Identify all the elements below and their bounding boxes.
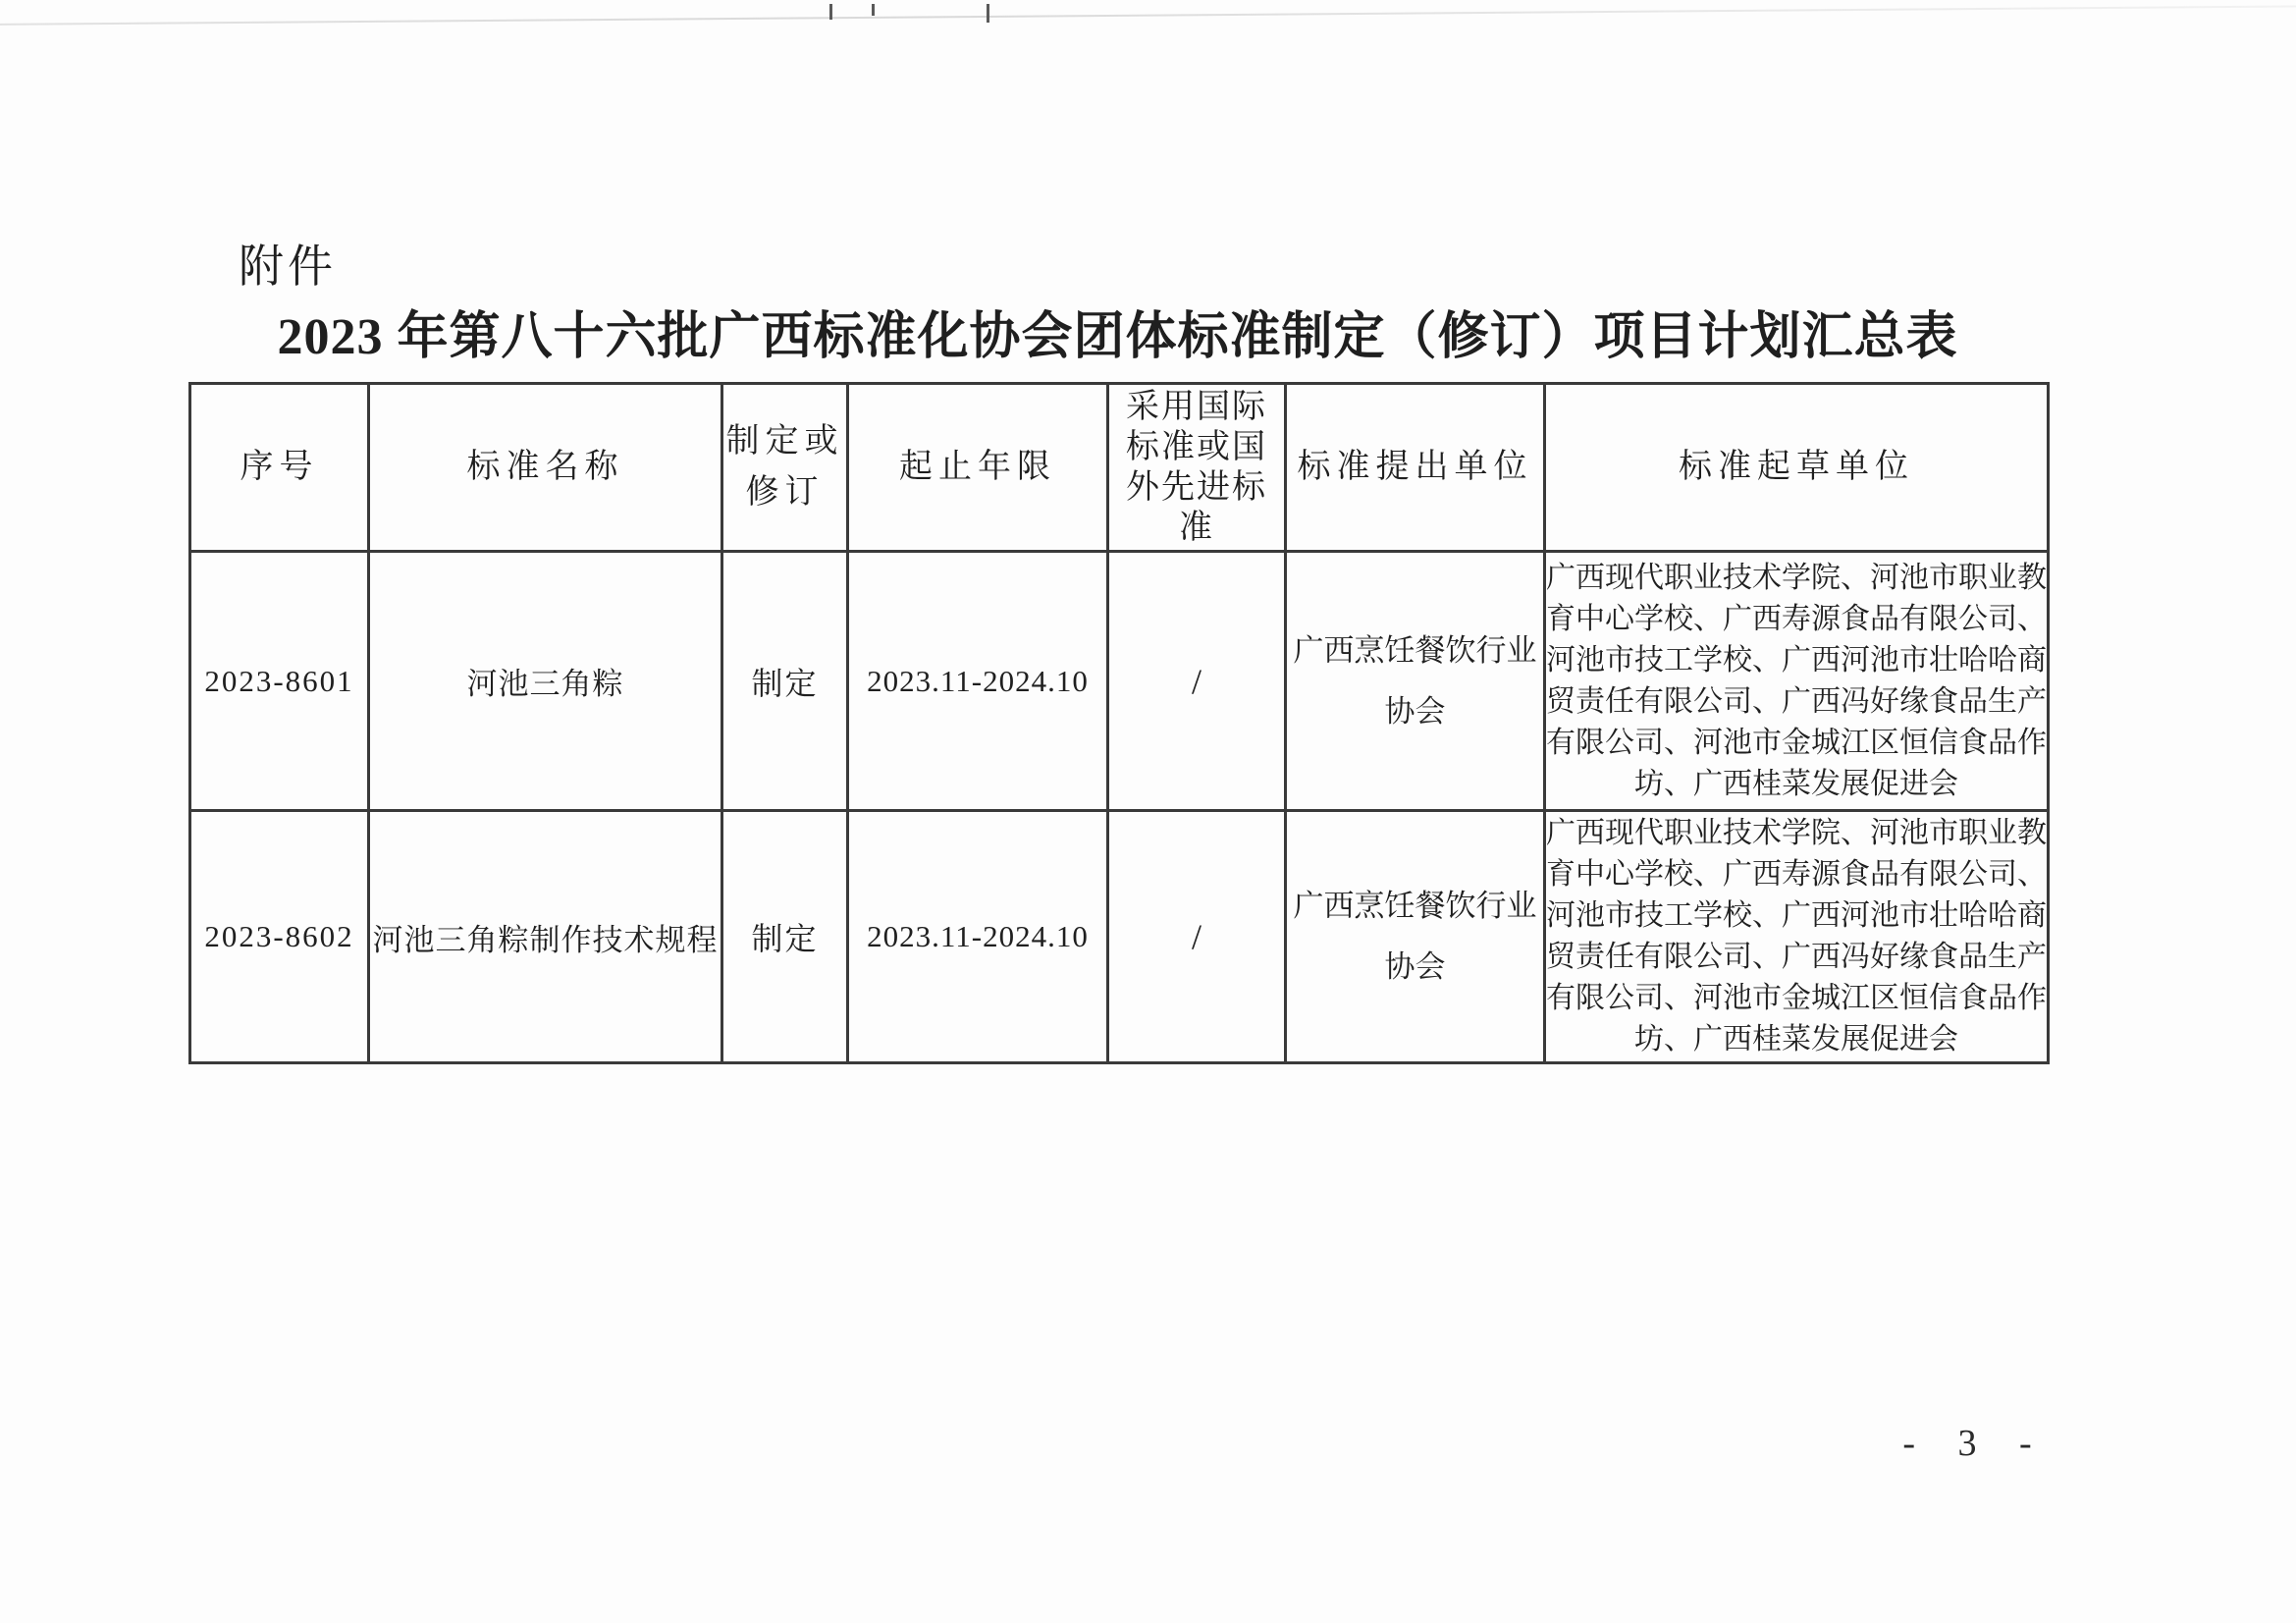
col-header-intl-standard: 采用国际标准或国外先进标准: [1108, 384, 1286, 552]
cell-drafters: 广西现代职业技术学院、河池市职业教育中心学校、广西寿源食品有限公司、河池市技工学…: [1545, 552, 2049, 811]
cell-period: 2023.11-2024.10: [848, 552, 1108, 811]
cell-standard-name: 河池三角粽制作技术规程: [369, 811, 722, 1063]
cell-standard-name: 河池三角粽: [369, 552, 722, 811]
cell-type: 制定: [722, 552, 848, 811]
table-row: 2023-8602 河池三角粽制作技术规程 制定 2023.11-2024.10…: [190, 811, 2049, 1063]
col-header-standard-name: 标准名称: [369, 384, 722, 552]
cell-period: 2023.11-2024.10: [848, 811, 1108, 1063]
page-title: 2023 年第八十六批广西标准化协会团体标准制定（修订）项目计划汇总表: [188, 308, 2047, 367]
cell-intl-standard: /: [1108, 552, 1286, 811]
document-page: 附件 2023 年第八十六批广西标准化协会团体标准制定（修订）项目计划汇总表 序…: [0, 0, 2296, 1623]
col-header-period: 起止年限: [848, 384, 1108, 552]
standards-plan-table: 序号 标准名称 制定或修订 起止年限 采用国际标准或国外先进标准 标准提出单位 …: [188, 382, 2050, 1064]
cell-proposer: 广西烹饪餐饮行业协会: [1286, 811, 1545, 1063]
scan-edge-artifact: [0, 5, 2296, 26]
page-number: - 3 -: [1855, 1422, 2091, 1465]
table-header-row: 序号 标准名称 制定或修订 起止年限 采用国际标准或国外先进标准 标准提出单位 …: [190, 384, 2049, 552]
attachment-label: 附件: [239, 240, 337, 295]
cell-type: 制定: [722, 811, 848, 1063]
cell-proposer: 广西烹饪餐饮行业协会: [1286, 552, 1545, 811]
col-header-proposer: 标准提出单位: [1286, 384, 1545, 552]
cell-seq: 2023-8602: [190, 811, 369, 1063]
scan-noise-mark: [987, 4, 989, 23]
cell-drafters: 广西现代职业技术学院、河池市职业教育中心学校、广西寿源食品有限公司、河池市技工学…: [1545, 811, 2049, 1063]
cell-intl-standard: /: [1108, 811, 1286, 1063]
scan-noise-mark: [872, 4, 875, 16]
scan-noise-mark: [829, 4, 832, 20]
table-row: 2023-8601 河池三角粽 制定 2023.11-2024.10 / 广西烹…: [190, 552, 2049, 811]
col-header-seq: 序号: [190, 384, 369, 552]
col-header-type: 制定或修订: [722, 384, 848, 552]
cell-seq: 2023-8601: [190, 552, 369, 811]
col-header-drafters: 标准起草单位: [1545, 384, 2049, 552]
